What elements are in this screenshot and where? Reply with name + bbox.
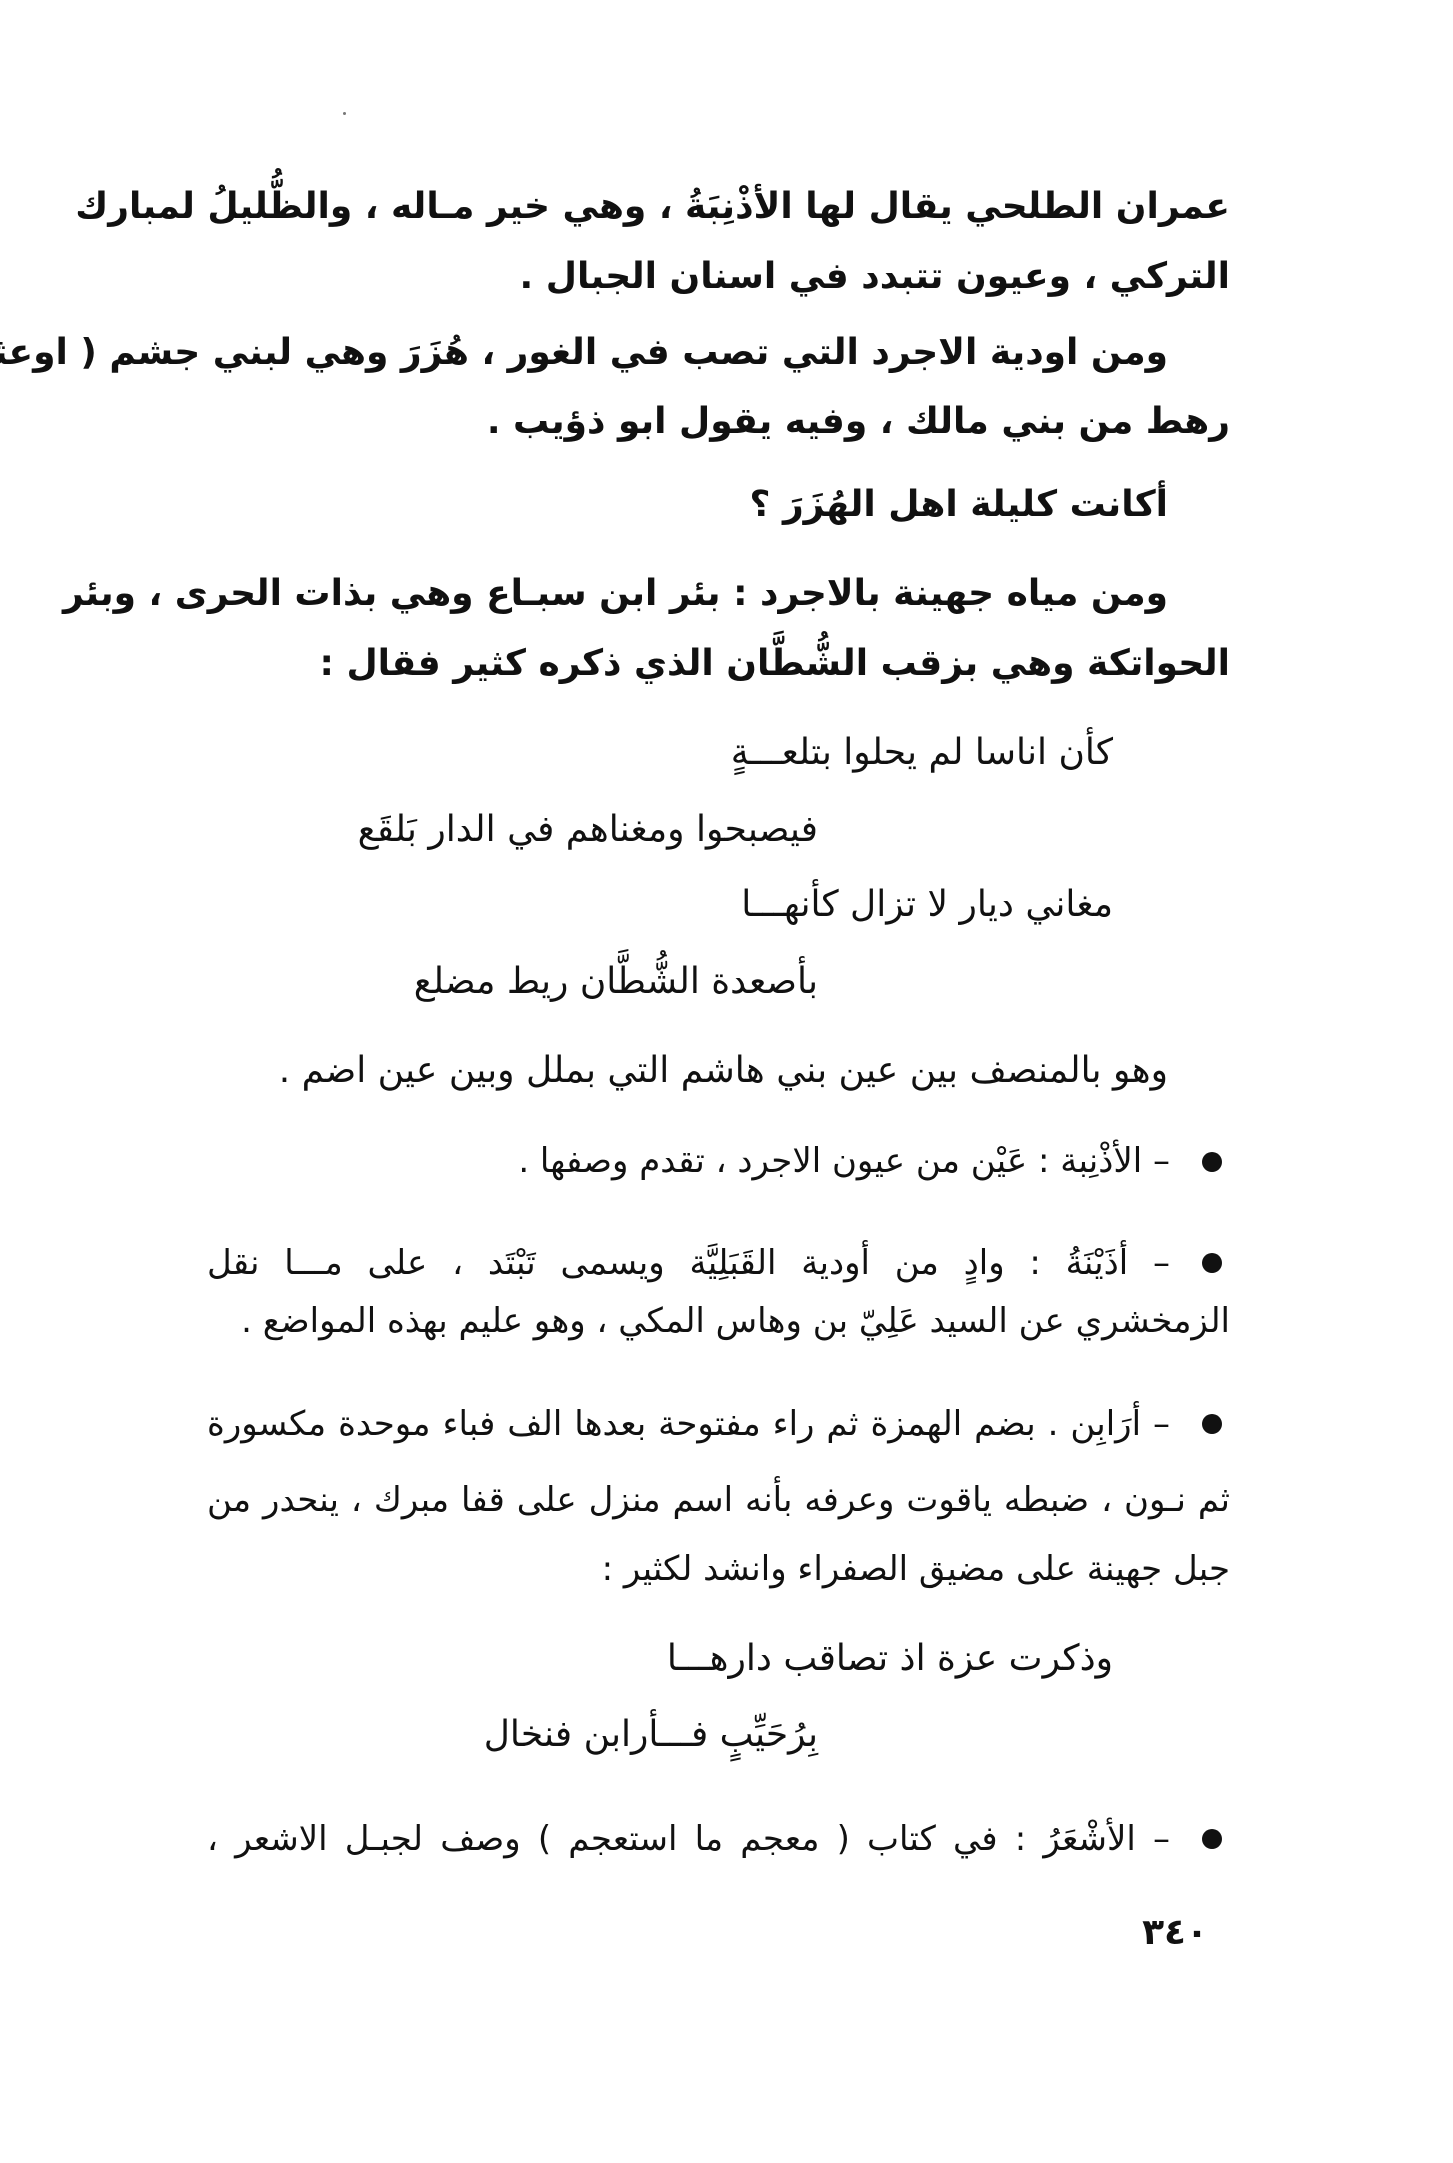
entry-item: – أذَيْنَةُ : وادٍ من أودية القَبَلِيَّة…	[207, 1239, 1230, 1359]
paragraph-line: عمران الطلحي يقال لها الأذْنِبَةُ ، وهي …	[207, 183, 1230, 231]
bullet-icon	[1202, 1414, 1222, 1434]
document-page: عمران الطلحي يقال لها الأذْنِبَةُ ، وهي …	[0, 0, 1453, 2163]
paragraph-line: ومن اودية الاجرد التي تصب في الغور ، هُز…	[207, 329, 1168, 377]
bullet-icon	[1202, 1829, 1222, 1849]
paragraph-line: وهو بالمنصف بين عين بني هاشم التي بملل و…	[279, 1047, 1168, 1095]
entry-line: جبل جهينة على مضيق الصفراء وانشد لكثير :	[602, 1545, 1230, 1593]
paragraph-line: الحواتكة وهي بزقب الشُّطَّان الذي ذكره ك…	[320, 640, 1230, 688]
page-number: ٣٤٠	[1142, 1912, 1208, 1953]
verse-fragment: أكانت كليلة اهل الهُزَرَ ؟	[750, 481, 1168, 529]
entry-item: – الأذْنِبة : عَيْن من عيون الاجرد ، تقد…	[207, 1137, 1230, 1187]
paragraph-line: ومن مياه جهينة بالاجرد : بئر ابن سبـاع و…	[207, 570, 1168, 618]
bullet-icon	[1202, 1253, 1222, 1273]
poem-line: مغاني ديار لا تزال كأنهـــا	[741, 881, 1113, 929]
entry-item: – أرَابِن . بضم الهمزة ثم راء مفتوحة بعد…	[207, 1400, 1230, 1600]
bullet-icon	[1202, 1152, 1222, 1172]
scan-speck	[343, 112, 346, 115]
paragraph-line: التركي ، وعيون تتبدد في اسنان الجبال .	[520, 253, 1230, 301]
poem-line: كأن اناسا لم يحلوا بتلعـــةٍ	[731, 729, 1113, 777]
entry-line: الزمخشري عن السيد عَلِيّ بن وهاس المكي ،…	[241, 1297, 1230, 1345]
poem-line: بأصعدة الشُّطَّان ريط مضلع	[414, 958, 818, 1006]
poem-line: بِرُحَيِّبٍ فـــأرابن فنخال	[484, 1711, 818, 1759]
entry-line: – أذَيْنَةُ : وادٍ من أودية القَبَلِيَّة…	[207, 1239, 1170, 1287]
entry-line: – أرَابِن . بضم الهمزة ثم راء مفتوحة بعد…	[207, 1400, 1170, 1448]
entry-item: – الأشْعَرُ : في كتاب ( معجم ما استعجم )…	[207, 1815, 1230, 1865]
paragraph-line: رهط من بني مالك ، وفيه يقول ابو ذؤيب .	[487, 398, 1230, 446]
poem-line: وذكرت عزة اذ تصاقب دارهـــا	[667, 1635, 1113, 1683]
entry-line: ثم نـون ، ضبطه ياقوت وعرفه بأنه اسم منزل…	[207, 1476, 1230, 1524]
poem-line: فيصبحوا ومغناهم في الدار بَلقَع	[358, 806, 818, 854]
entry-line: – الأشْعَرُ : في كتاب ( معجم ما استعجم )…	[207, 1815, 1170, 1863]
entry-line: – الأذْنِبة : عَيْن من عيون الاجرد ، تقد…	[518, 1137, 1170, 1185]
